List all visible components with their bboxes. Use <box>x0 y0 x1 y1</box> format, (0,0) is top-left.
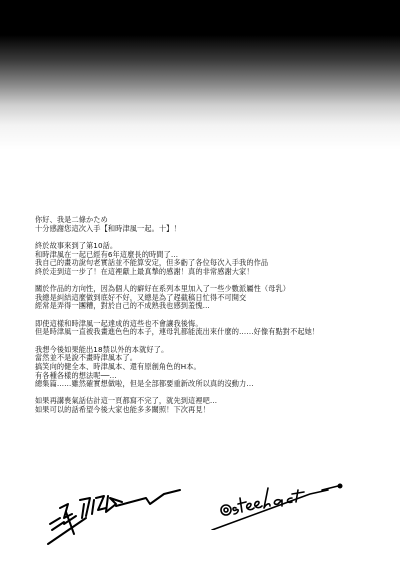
text-line: 經常是弄得一團糟，對於自己的不成熟我也感到羞愧… <box>35 302 375 311</box>
top-black-gradient <box>0 0 400 150</box>
paragraph-closing: 如果再講喪氣話估計這一頁都寫不完了，就先到這裡吧… 如果可以的話希望今後大家也能… <box>35 397 375 414</box>
paragraph-story: 終於故事來到了第10話。 和時津風在一起已經有6年這麼長的時間了… 我自己的畫功… <box>35 242 375 276</box>
text-line: 但是時津風一直被我畫進色色的本子，連母乳都能流出來什麼的……好像有點對不起她！ <box>35 328 375 337</box>
svg-text:二條かため: 二條かため <box>46 478 51 479</box>
twitter-handle-signature: @steelact <box>210 480 350 530</box>
afterword-text: 你好、我是二條かため 十分感謝您這次入手【和時津風一起。十】！ 終於故事來到了第… <box>35 216 375 423</box>
handwritten-signature-icon: 二條かため <box>46 478 186 548</box>
svg-text:@steelact: @steelact <box>210 480 216 481</box>
text-line: 終於走到這一步了！在這裡獻上最真摯的感謝！真的非常感謝大家！ <box>35 268 375 277</box>
text-line: 十分感謝您這次入手【和時津風一起。十】！ <box>35 225 375 234</box>
text-line: 總集篇……雖然確實想做啦，但是全部都要重新改所以真的沒動力… <box>35 380 375 389</box>
author-signature: 二條かため <box>46 478 186 548</box>
paragraph-future: 我想今後如果能出18禁以外的本就好了。 當然並不是說不畫時津風本了。 搞笑向的健… <box>35 346 375 389</box>
paragraph-no-regret: 即使這樣和時津風一起達成的這些也不會讓我後悔。 但是時津風一直被我畫進色色的本子… <box>35 320 375 337</box>
text-line: 如果可以的話希望今後大家也能多多關照！下次再見！ <box>35 406 375 415</box>
paragraph-direction: 關於作品的方向性，因為個人的癖好在系列本里加入了一些少數派屬性（母乳） 我總是糾… <box>35 285 375 311</box>
handwritten-handle-icon: @steelact <box>210 480 350 530</box>
paragraph-greeting: 你好、我是二條かため 十分感謝您這次入手【和時津風一起。十】！ <box>35 216 375 233</box>
